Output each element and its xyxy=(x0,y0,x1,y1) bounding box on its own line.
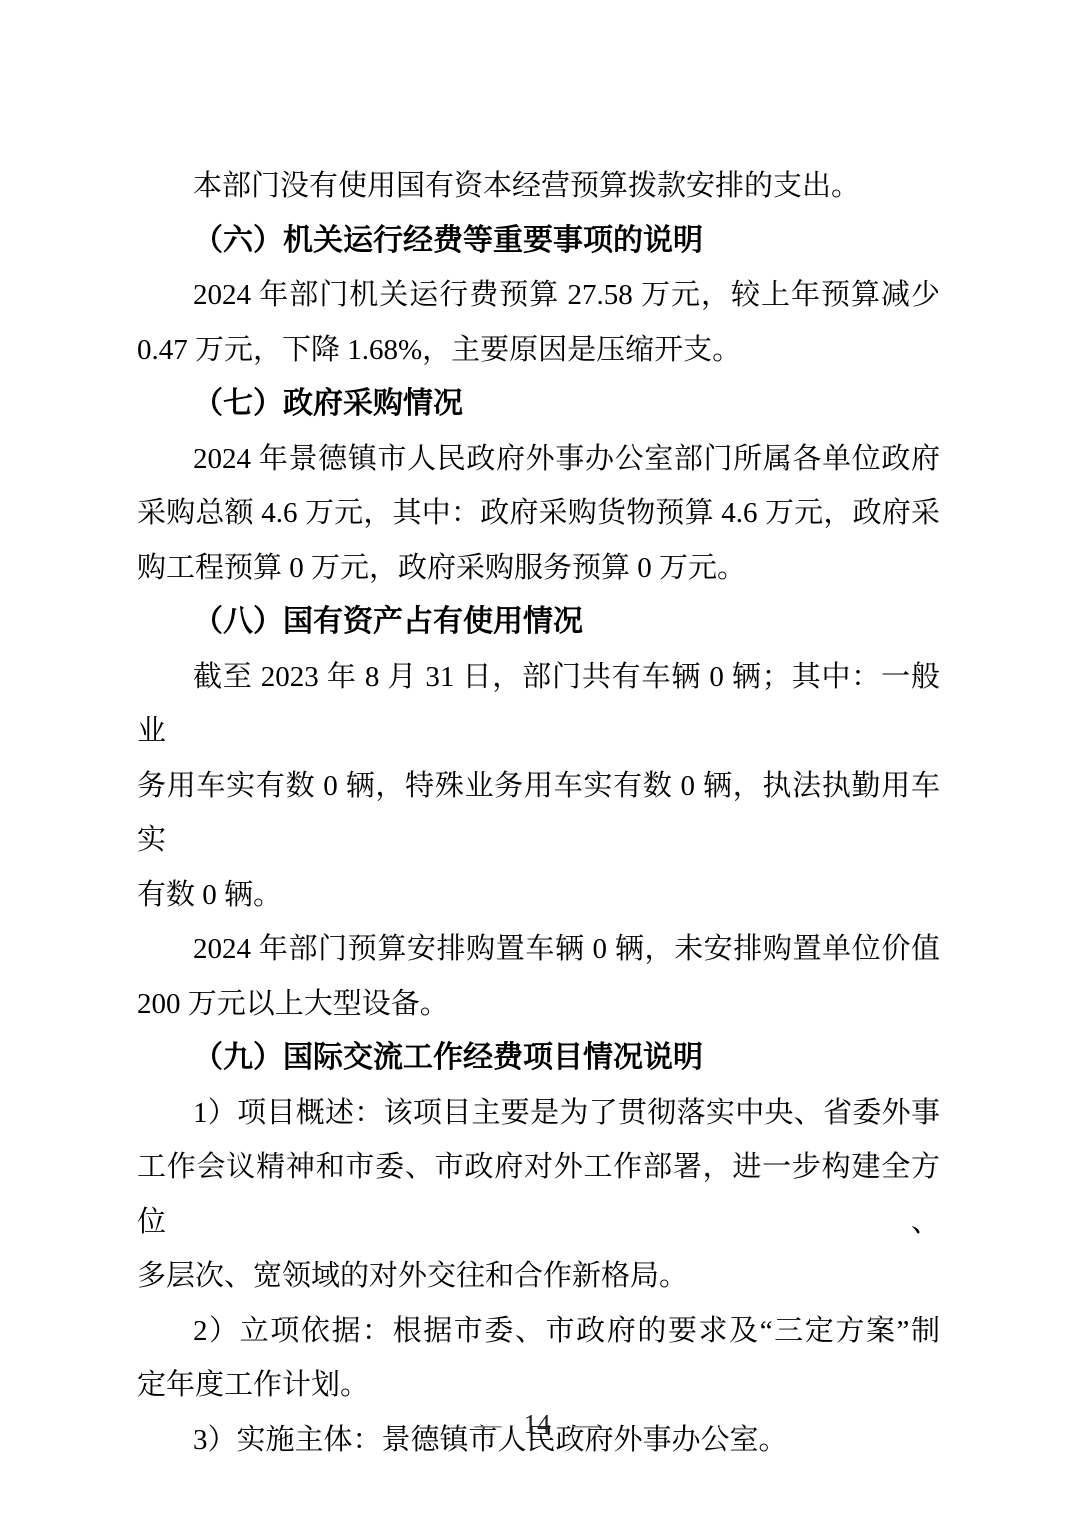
paragraph-line: 多层次、宽领域的对外交往和合作新格局。 xyxy=(137,1249,940,1304)
paragraph-line: 1）项目概述：该项目主要是为了贯彻落实中央、省委外事 xyxy=(137,1086,940,1141)
section-heading: （七）政府采购情况 xyxy=(137,377,940,432)
paragraph-line: 采购总额 4.6 万元，其中：政府采购货物预算 4.6 万元，政府采 xyxy=(137,486,940,541)
document-body: 本部门没有使用国有资本经营预算拨款安排的支出。 （六）机关运行经费等重要事项的说… xyxy=(137,159,940,1467)
paragraph-line: 购工程预算 0 万元，政府采购服务预算 0 万元。 xyxy=(137,541,940,596)
page-number: 14 xyxy=(524,1404,551,1444)
paragraph-line: 本部门没有使用国有资本经营预算拨款安排的支出。 xyxy=(137,159,940,214)
paragraph-line: 200 万元以上大型设备。 xyxy=(137,977,940,1032)
paragraph-line: 工作会议精神和市委、市政府对外工作部署，进一步构建全方位、 xyxy=(137,1140,940,1249)
page-footer: — 14 — xyxy=(0,1404,1074,1444)
paragraph-line: 截至 2023 年 8 月 31 日，部门共有车辆 0 辆；其中：一般业 xyxy=(137,650,940,759)
document-page: 本部门没有使用国有资本经营预算拨款安排的支出。 （六）机关运行经费等重要事项的说… xyxy=(0,0,1074,1520)
paragraph-line: 2）立项依据：根据市委、市政府的要求及“三定方案”制 xyxy=(137,1304,940,1359)
paragraph-line: 0.47 万元，下降 1.68%，主要原因是压缩开支。 xyxy=(137,323,940,378)
paragraph-line: 2024 年景德镇市人民政府外事办公室部门所属各单位政府 xyxy=(137,432,940,487)
section-heading: （九）国际交流工作经费项目情况说明 xyxy=(137,1031,940,1086)
section-heading: （八）国有资产占有使用情况 xyxy=(137,595,940,650)
footer-dash-right: — xyxy=(573,1404,600,1444)
paragraph-line: 有数 0 辆。 xyxy=(137,868,940,923)
paragraph-line: 2024 年部门机关运行费预算 27.58 万元，较上年预算减少 xyxy=(137,268,940,323)
section-heading: （六）机关运行经费等重要事项的说明 xyxy=(137,214,940,269)
paragraph-line: 务用车实有数 0 辆，特殊业务用车实有数 0 辆，执法执勤用车实 xyxy=(137,759,940,868)
footer-dash-left: — xyxy=(475,1404,502,1444)
paragraph-line: 2024 年部门预算安排购置车辆 0 辆，未安排购置单位价值 xyxy=(137,922,940,977)
